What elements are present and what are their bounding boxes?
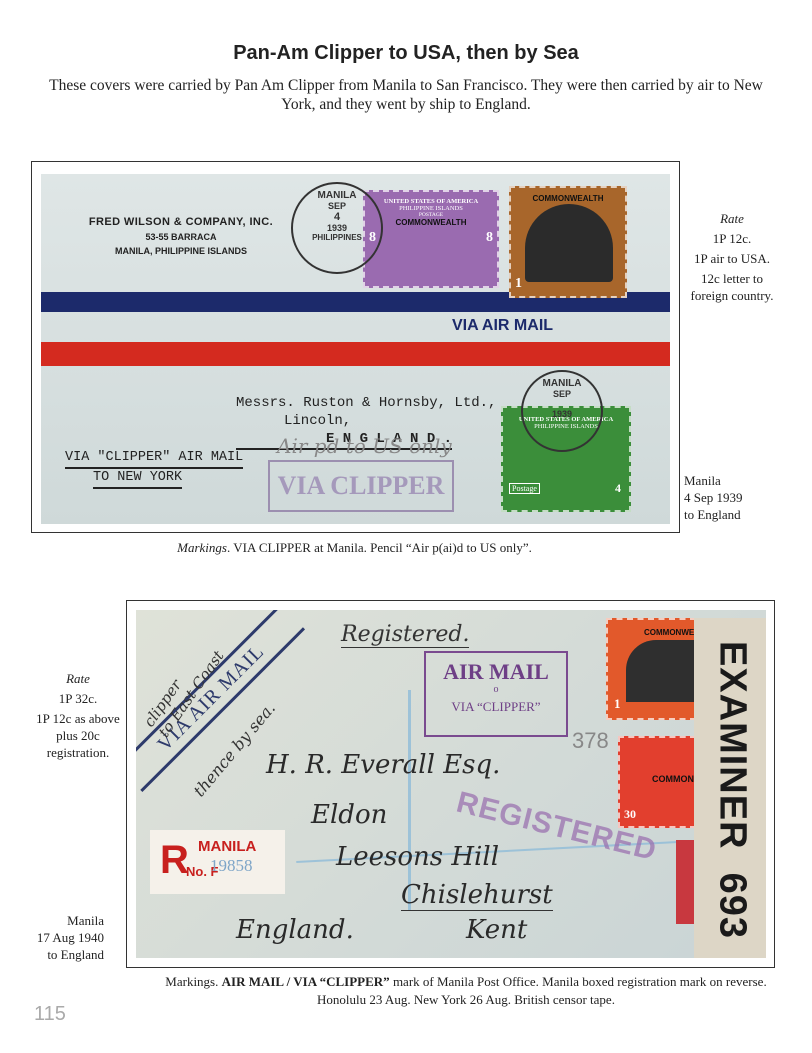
- postmark-manila: MANILA SEP 4 1939 PHILIPPINES: [291, 182, 383, 274]
- postmark-year: 1939: [293, 223, 381, 233]
- boxed-sep: o: [426, 685, 566, 695]
- rate-line: 1P 12c as above: [30, 710, 126, 727]
- via-clipper-boxed-mark: VIA CLIPPER: [268, 460, 454, 512]
- sender-line: FRED WILSON & COMPANY, INC.: [61, 216, 301, 228]
- censor-tape: EXAMINER 693: [694, 618, 766, 958]
- censor-text: EXAMINER 693: [711, 641, 754, 939]
- routing-line: TO NEW YORK: [93, 469, 182, 489]
- origin-line: 4 Sep 1939: [684, 489, 743, 506]
- address-line: Lincoln,: [236, 412, 496, 430]
- caption-text: Markings.: [165, 974, 221, 989]
- origin-line: Manila: [20, 912, 104, 929]
- stamp-value: 1: [614, 696, 621, 712]
- reg-letter: R: [160, 838, 189, 883]
- stamp-header: UNITED STATES OF AMERICA: [365, 198, 497, 205]
- postmark-city: MANILA: [523, 378, 601, 389]
- stamp-violet-8c: UNITED STATES OF AMERICA PHILIPPINE ISLA…: [363, 190, 499, 288]
- stamp-value: 30: [624, 807, 636, 822]
- stamp-red-30c: COMMONWEALTH 30: [618, 736, 696, 828]
- stamp-orange-1p: COMMONWEALTH 1: [606, 618, 696, 720]
- rate-amount: 1P 12c.: [684, 230, 780, 247]
- cover2-caption: Markings. AIR MAIL / VIA “CLIPPER” mark …: [120, 973, 812, 1009]
- stamp-postage: Postage: [509, 483, 540, 494]
- stamp-sub: PHILIPPINE ISLANDS: [365, 205, 497, 212]
- postmark-month: SEP: [293, 201, 381, 211]
- stamp-value: 1: [515, 276, 522, 292]
- page-number-pencil: 115: [34, 1003, 66, 1026]
- address-line: Kent: [466, 915, 527, 945]
- sender-line: MANILA, PHILIPPINE ISLANDS: [61, 246, 301, 256]
- rate-line: 12c letter to foreign country.: [684, 270, 780, 304]
- cover2-envelope: VIA AIR MAIL clipper to East Coast thenc…: [136, 610, 766, 958]
- cover2-frame: VIA AIR MAIL clipper to East Coast thenc…: [126, 600, 775, 968]
- origin-line: Manila: [684, 472, 743, 489]
- postmark-month: SEP: [523, 389, 601, 399]
- air-mail-clipper-boxed-mark: AIR MAIL o VIA “CLIPPER”: [424, 651, 568, 737]
- boxed-line: AIR MAIL: [426, 659, 566, 685]
- registered-handwritten: Registered.: [341, 622, 469, 648]
- stamp-value: 8: [486, 230, 493, 246]
- address-line: Messrs. Ruston & Hornsby, Ltd.,: [236, 394, 496, 412]
- caption-line: Markings. AIR MAIL / VIA “CLIPPER” mark …: [120, 973, 812, 991]
- clipper-routing: VIA "CLIPPER" AIR MAIL TO NEW YORK: [65, 449, 243, 489]
- registration-label: R MANILA No. F 19858: [150, 830, 285, 894]
- rate-line: plus 20c: [30, 727, 126, 744]
- stamp-vignette: [626, 640, 696, 702]
- origin-line: to England: [684, 506, 743, 523]
- postmark-day: 4: [293, 211, 381, 223]
- rate-line: 1P air to USA.: [684, 250, 780, 267]
- postmark-year: 1939: [523, 409, 601, 419]
- sender-line: 53-55 BARRACA: [61, 232, 301, 242]
- cover1-rate: Rate 1P 12c. 1P air to USA. 12c letter t…: [684, 210, 780, 304]
- red-stripe: [41, 342, 670, 366]
- address-line: Leesons Hill: [336, 842, 499, 872]
- caption-text: mark of Manila Post Office. Manila boxed…: [390, 974, 767, 989]
- stamp-overprint: COMMONWEALTH: [511, 194, 625, 203]
- rate-amount: 1P 32c.: [30, 690, 126, 707]
- page-title: Pan-Am Clipper to USA, then by Sea: [0, 42, 812, 65]
- stamp-overprint: COMMONWEALTH: [644, 628, 694, 637]
- postmark-country: PHILIPPINES: [293, 233, 381, 242]
- boxed-line: VIA “CLIPPER”: [426, 699, 566, 715]
- reg-number: 19858: [210, 856, 253, 876]
- page-intro: These covers were carried by Pan Am Clip…: [40, 76, 772, 114]
- cover1-caption: Markings. VIA CLIPPER at Manila. Pencil …: [31, 540, 678, 556]
- rate-heading: Rate: [30, 670, 126, 687]
- cover2-rate: Rate 1P 32c. 1P 12c as above plus 20c re…: [30, 670, 126, 761]
- origin-line: to England: [20, 946, 104, 963]
- caption-label: Markings: [177, 540, 227, 555]
- stamp-brown-1p: COMMONWEALTH 1: [509, 186, 627, 298]
- caption-bold: AIR MAIL / VIA “CLIPPER”: [222, 974, 390, 989]
- stamp-red-partial: [676, 840, 696, 924]
- boxed-mark-text: VIA CLIPPER: [270, 462, 452, 510]
- rate-line: registration.: [30, 744, 126, 761]
- postmark-manila-2: MANILA SEP 1939: [521, 370, 603, 452]
- pencil-note: Air pd to US only: [277, 434, 452, 458]
- rate-heading: Rate: [684, 210, 780, 227]
- pencil-number: 378: [572, 728, 609, 754]
- cover1-frame: FRED WILSON & COMPANY, INC. 53-55 BARRAC…: [31, 161, 680, 533]
- stamp-overprint: COMMONWEALTH: [365, 218, 497, 227]
- sender-address: FRED WILSON & COMPANY, INC. 53-55 BARRAC…: [61, 216, 301, 256]
- address-line: England.: [236, 915, 354, 945]
- reg-city: MANILA: [198, 838, 256, 855]
- stamp-value: 4: [615, 481, 621, 496]
- origin-line: 17 Aug 1940: [20, 929, 104, 946]
- cover1-origin: Manila 4 Sep 1939 to England: [684, 472, 743, 523]
- stamp-vignette: [525, 204, 613, 282]
- routing-line: VIA "CLIPPER" AIR MAIL: [65, 449, 243, 469]
- postmark-city: MANILA: [293, 190, 381, 201]
- blue-crayon-vertical: [408, 690, 411, 910]
- caption-line: Honolulu 23 Aug. New York 26 Aug. Britis…: [120, 991, 812, 1009]
- via-air-mail-label: VIA AIR MAIL: [452, 317, 553, 335]
- stamp-overprint: COMMONWEALTH: [652, 774, 696, 784]
- address-line: Eldon: [311, 800, 387, 830]
- address-line: H. R. Everall Esq.: [266, 750, 500, 780]
- address-line: Chislehurst: [401, 880, 553, 911]
- cover1-envelope: FRED WILSON & COMPANY, INC. 53-55 BARRAC…: [41, 174, 670, 524]
- cover2-origin: Manila 17 Aug 1940 to England: [20, 912, 104, 963]
- caption-text: . VIA CLIPPER at Manila. Pencil “Air p(a…: [227, 540, 532, 555]
